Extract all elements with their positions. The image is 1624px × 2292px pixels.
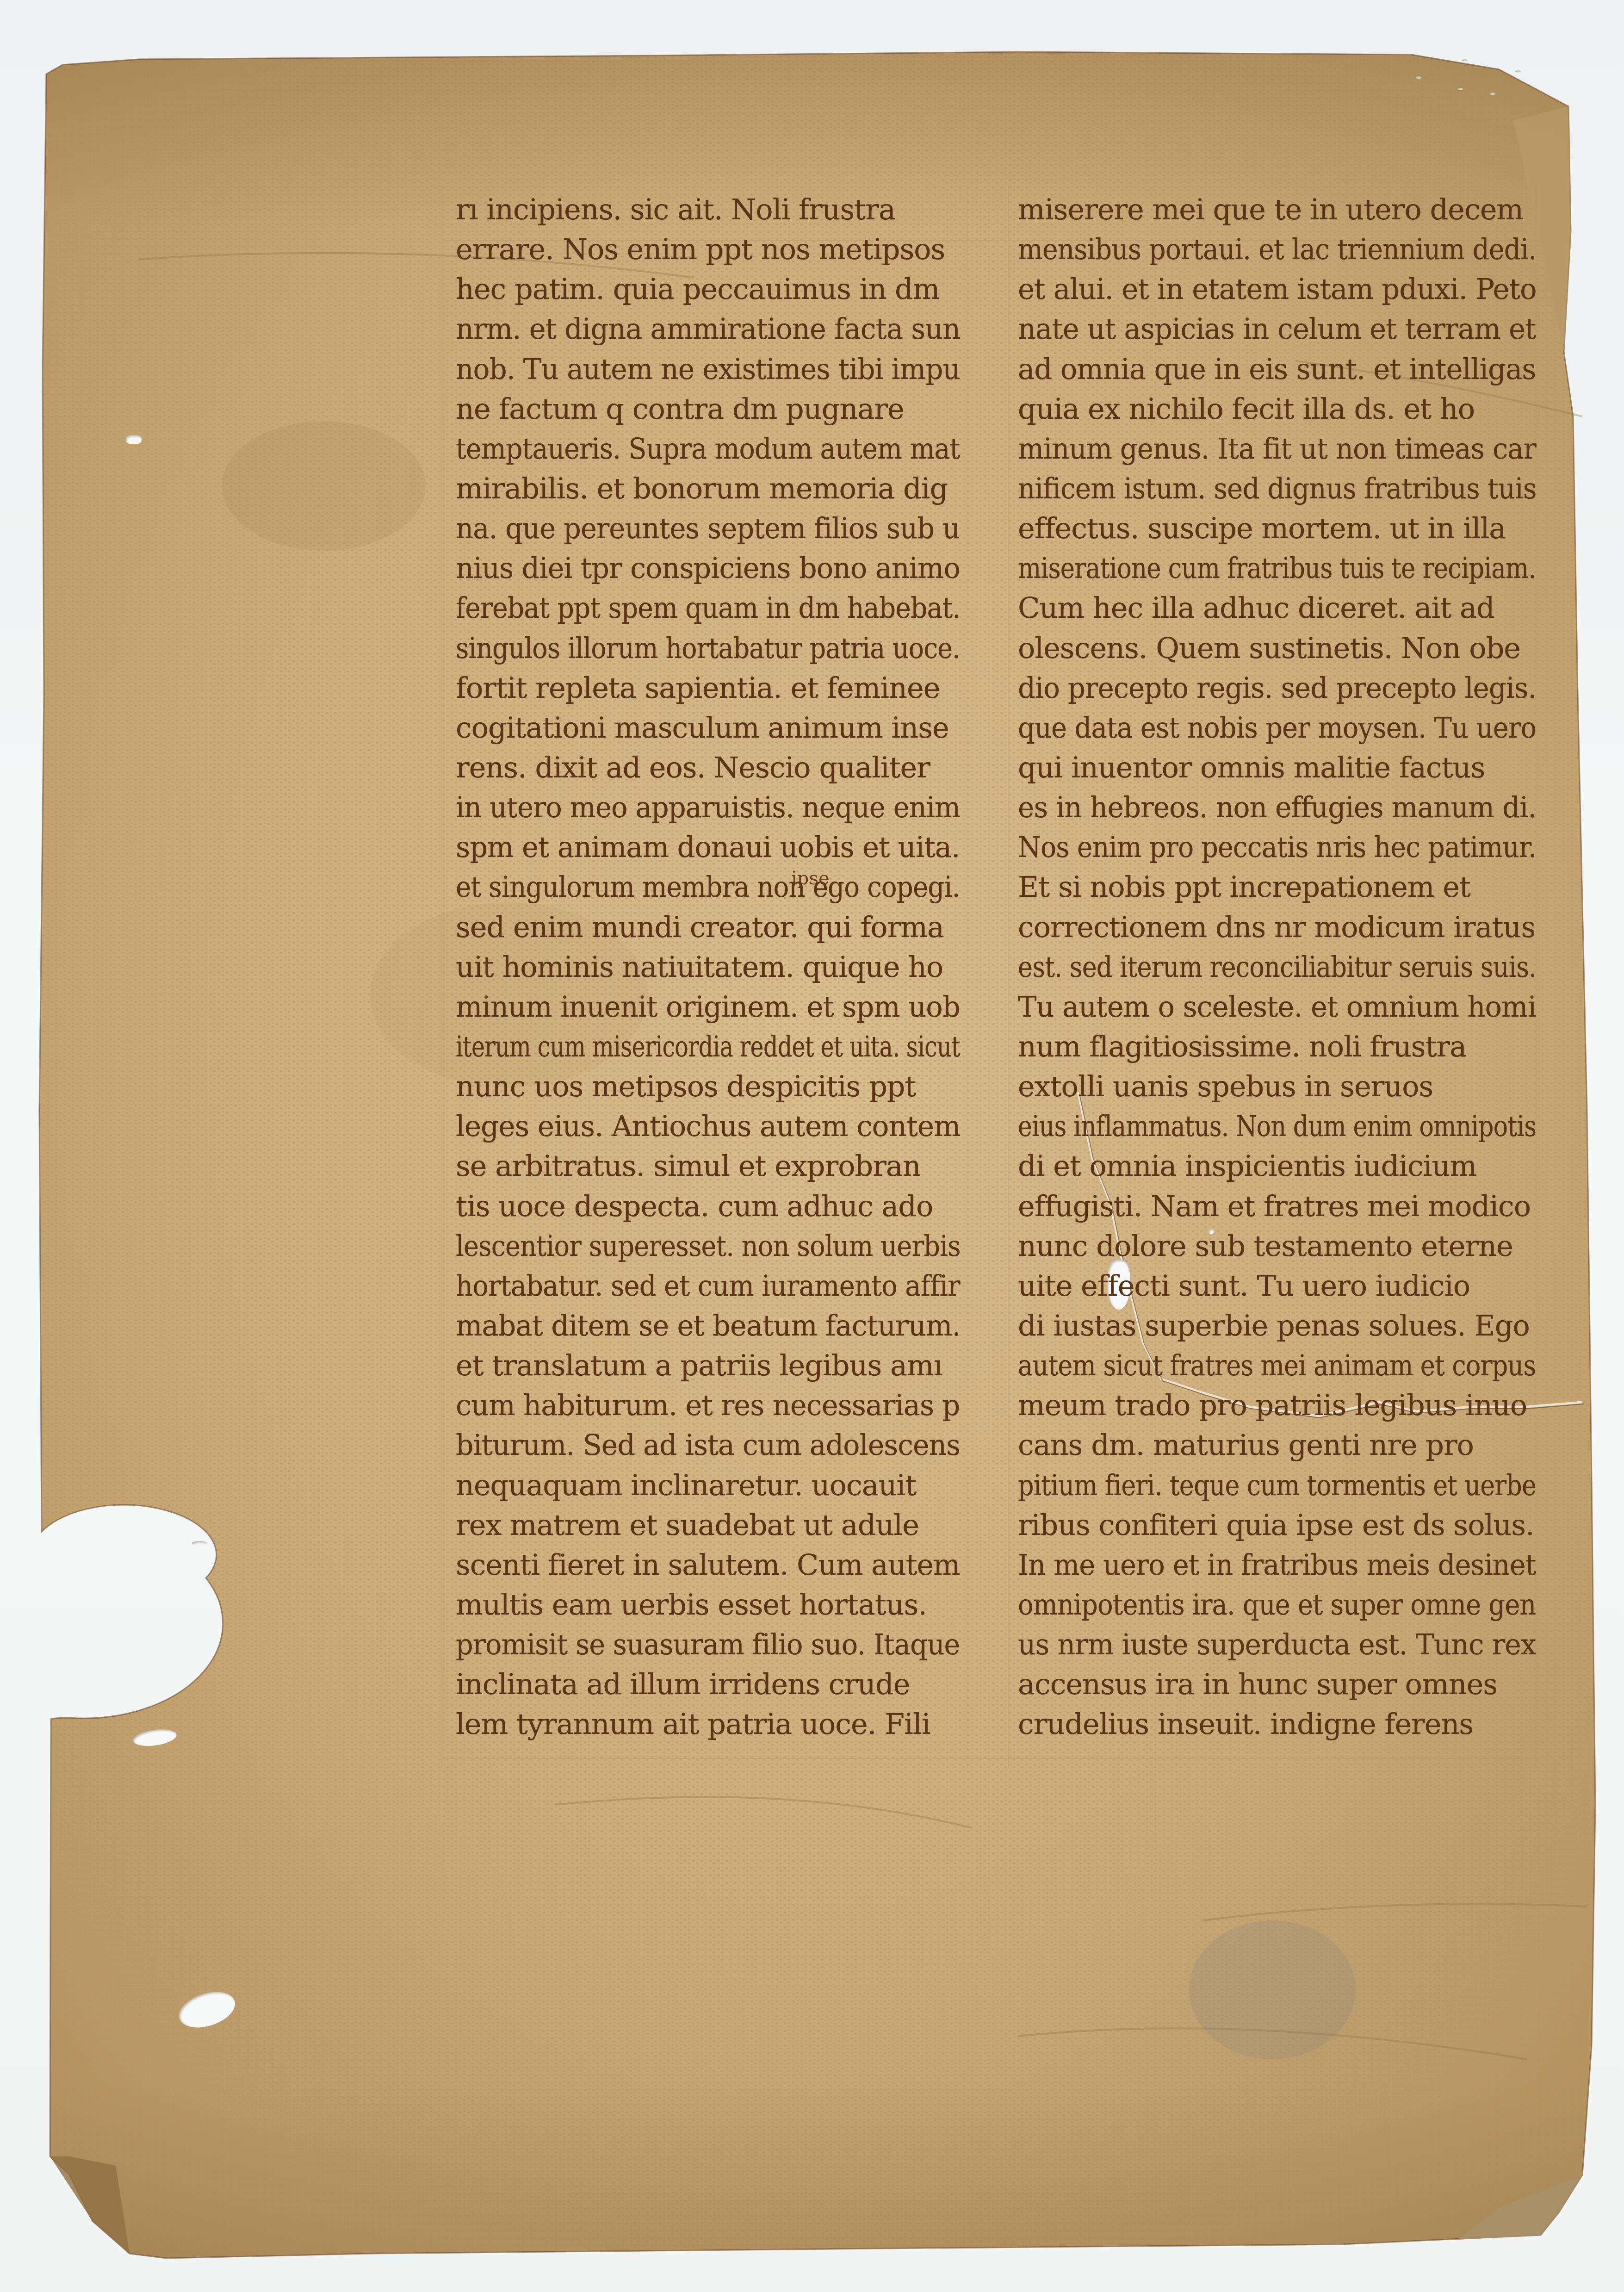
text-line: que data est nobis per moysen. Tu uero xyxy=(1018,708,1499,748)
text-line: mensibus portaui. et lac triennium dedi. xyxy=(1018,230,1493,269)
text-line: spm et animam donaui uobis et uita. xyxy=(456,827,950,867)
text-column-left: rı incipiens. sic ait. Noli frustra erra… xyxy=(456,190,960,1744)
text-line: omnipotentis ira. que et super omne gen xyxy=(1018,1585,1485,1625)
text-line: cans dm. maturius genti nre pro xyxy=(1018,1425,1536,1465)
text-line: ne factum q contra dm pugnare xyxy=(456,389,960,429)
text-line: nate ut aspicias in celum et terram et xyxy=(1018,309,1525,349)
text-line: na. que pereuntes septem filios sub u xyxy=(456,509,937,548)
text-line: eius inflammatus. Non dum enim omnipotis xyxy=(1018,1106,1454,1146)
text-line: nequaquam inclinaretur. uocauit xyxy=(456,1466,960,1505)
text-line: in utero meo apparuistis. neque enim xyxy=(456,788,937,827)
text-line: quia ex nichilo fecit illa ds. et ho xyxy=(1018,389,1536,429)
text-line: In me uero et in fratribus meis desinet xyxy=(1018,1545,1511,1585)
text-line: Cum hec illa adhuc diceret. ait ad xyxy=(1018,588,1536,628)
text-line: nrm. et digna ammiratione facta sun xyxy=(456,309,948,349)
text-line: et alui. et in etatem istam pduxi. Peto xyxy=(1018,269,1527,309)
text-line: olescens. Quem sustinetis. Non obe xyxy=(1018,628,1536,668)
text-line: uite effecti sunt. Tu uero iudicio xyxy=(1018,1266,1536,1306)
text-line: us nrm iuste superducta est. Tunc rex xyxy=(1018,1625,1519,1665)
text-line: pitium fieri. teque cum tormentis et uer… xyxy=(1018,1466,1469,1505)
text-line: cogitationi masculum animum inse xyxy=(456,708,960,748)
pricking-hole xyxy=(1462,59,1468,62)
text-line: ferebat ppt spem quam in dm habebat. xyxy=(456,588,918,628)
text-line: rens. dixit ad eos. Nescio qualiter xyxy=(456,748,960,788)
text-line: dio precepto regis. sed precepto legis. xyxy=(1018,668,1515,708)
pricking-hole xyxy=(1490,93,1495,95)
text-line: cum habiturum. et res necessarias p xyxy=(456,1385,949,1425)
text-line: Et si nobis ppt increpationem et xyxy=(1018,867,1536,907)
text-line: ad omnia que in eis sunt. et intelligas xyxy=(1018,349,1527,389)
text-line: est. sed iterum reconciliabitur seruis s… xyxy=(1018,947,1471,987)
text-column-right: miserere mei que te in utero decem mensi… xyxy=(1018,190,1536,1744)
text-line: errare. Nos enim ppt nos metipsos xyxy=(456,230,960,269)
text-line: di et omnia inspicientis iudicium xyxy=(1018,1146,1536,1186)
text-line: effugisti. Nam et fratres mei modico xyxy=(1018,1186,1536,1226)
text-line: mabat ditem se et beatum facturum. xyxy=(456,1306,948,1346)
text-line: di iustas superbie penas solues. Ego xyxy=(1018,1306,1536,1346)
small-hole-near-notch xyxy=(192,1541,207,1546)
text-line: mirabilis. et bonorum memoria dig xyxy=(456,469,960,509)
text-line: sed enim mundi creator. qui forma xyxy=(456,907,960,947)
text-line: es in hebreos. non effugies manum di. xyxy=(1018,788,1518,827)
text-line: correctionem dns nr modicum iratus xyxy=(1018,907,1536,947)
text-line: scenti fieret in salutem. Cum autem xyxy=(456,1545,958,1585)
text-line: effectus. suscipe mortem. ut in illa xyxy=(1018,509,1536,548)
text-line: rı incipiens. sic ait. Noli frustra xyxy=(456,190,960,230)
text-line: nius diei tpr conspiciens bono animo xyxy=(456,548,948,588)
text-line: leges eius. Antiochus autem contem xyxy=(456,1106,955,1146)
text-line: ribus confiteri quia ipse est ds solus. xyxy=(1018,1505,1536,1545)
pricking-hole xyxy=(1515,70,1521,73)
text-line: temptaueris. Supra modum autem mat xyxy=(456,429,919,469)
pricking-hole xyxy=(1416,76,1421,79)
text-line: nob. Tu autem ne existimes tibi impu xyxy=(456,349,942,389)
text-line: promisit se suasuram filio suo. Itaque xyxy=(456,1625,935,1665)
text-line: crudelius inseuit. indigne ferens xyxy=(1018,1704,1536,1744)
text-line: fortit repleta sapientia. et feminee xyxy=(456,668,960,708)
text-line: lescentior superesset. non solum uerbis xyxy=(456,1226,909,1266)
text-line: uit hominis natiuitatem. quique ho xyxy=(456,947,960,987)
text-line: num flagitiosissime. noli frustra xyxy=(1018,1027,1536,1067)
text-line: biturum. Sed ad ista cum adolescens xyxy=(456,1425,945,1465)
text-line: autem sicut fratres mei animam et corpus xyxy=(1018,1346,1471,1385)
text-line: Nos enim pro peccatis nris hec patimur. xyxy=(1018,827,1494,867)
small-hole-left-margin xyxy=(126,435,142,444)
text-line: hec patim. quia peccauimus in dm xyxy=(456,269,960,309)
text-line: nunc dolore sub testamento eterne xyxy=(1018,1226,1536,1266)
text-line: multis eam uerbis esset hortatus. xyxy=(456,1585,960,1625)
text-line: nificem istum. sed dignus fratribus tuis xyxy=(1018,469,1503,509)
text-line: tis uoce despecta. cum adhuc ado xyxy=(456,1186,960,1226)
text-line: miserere mei que te in utero decem xyxy=(1018,190,1536,230)
text-line: nunc uos metipsos despicitis ppt xyxy=(456,1067,960,1106)
text-line: minum inuenit originem. et spm uob xyxy=(456,987,949,1027)
text-line: meum trado pro patriis legibus inuo xyxy=(1018,1385,1536,1425)
text-line: et singulorum membra non ego copegi. xyxy=(456,867,914,907)
text-line: accensus ira in hunc super omnes xyxy=(1018,1665,1536,1704)
text-line: inclinata ad illum irridens crude xyxy=(456,1665,960,1704)
pricking-hole xyxy=(1457,88,1463,90)
text-line: miseratione cum fratribus tuis te recipi… xyxy=(1018,548,1460,588)
text-line: et translatum a patriis legibus amı xyxy=(456,1346,960,1385)
manuscript-leaf: rı incipiens. sic ait. Noli frustra erra… xyxy=(0,0,1624,2292)
text-line: minum genus. Ita fit ut non timeas car xyxy=(1018,429,1513,469)
interlinear-gloss: ipse xyxy=(791,868,830,889)
text-line: iterum cum misericordia reddet et uita. … xyxy=(456,1027,856,1067)
text-line: Tu autem o scelestе. et omnium homi xyxy=(1018,987,1525,1027)
text-line: hortabatur. sed et cum iuramento affir xyxy=(456,1266,924,1306)
text-line: singulos illorum hortabatur patria uoce. xyxy=(456,628,906,668)
text-line: rex matrem et suadebat ut adule xyxy=(456,1505,960,1545)
text-line: qui inuentor omnis malitie factus xyxy=(1018,748,1536,788)
text-line: se arbitratus. simul et exprobran xyxy=(456,1146,960,1186)
text-line: lem tyrannum ait patria uoce. Fili xyxy=(456,1704,960,1744)
text-line: extolli uanis spebus in seruos xyxy=(1018,1067,1536,1106)
